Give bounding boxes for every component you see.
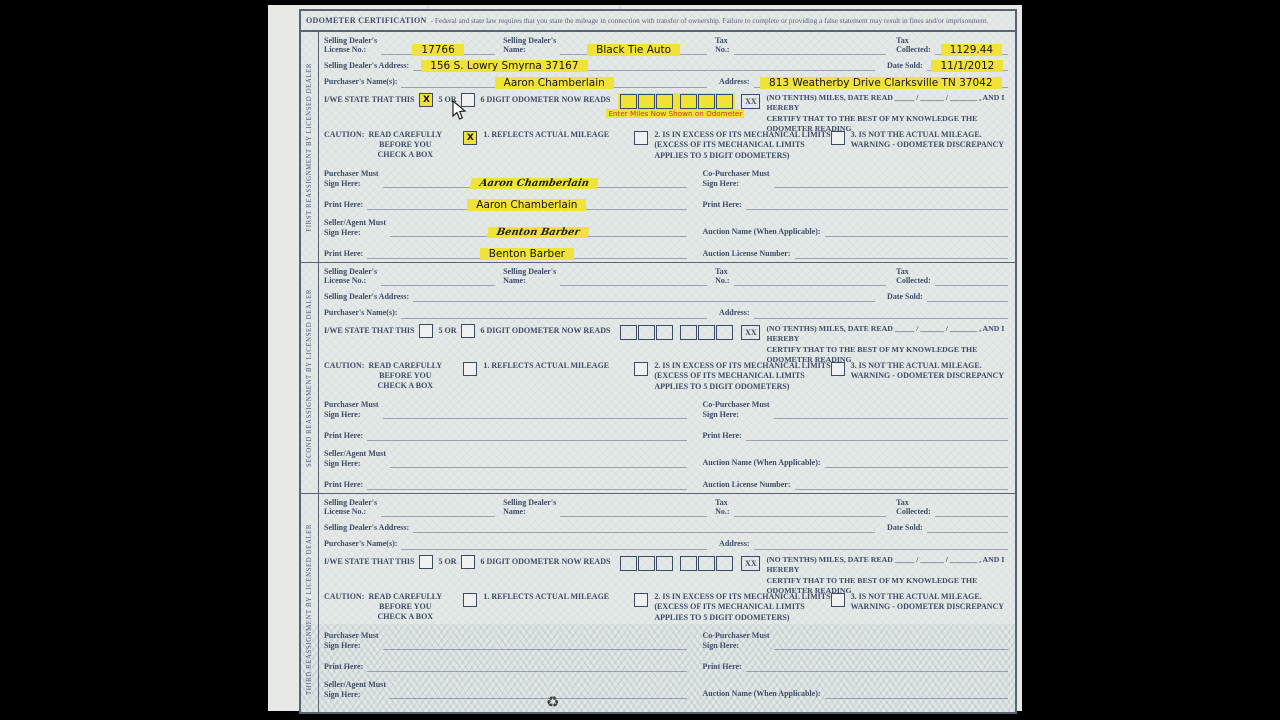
dealer-address-row: Selling Dealer's Address: Date Sold: [324,519,1008,533]
odometer-digit-box[interactable] [656,325,673,340]
odometer-digit-box[interactable] [698,556,715,571]
tax-no-label: Tax No.: [715,267,729,286]
dealer-license-line[interactable] [381,285,495,286]
print-here-label: Print Here: [324,249,363,259]
purchaser-must-sign-label: Purchaser Must Sign Here: [324,631,379,650]
section-side-strip: FIRST REASSIGNMENT BY LICENSED DEALER [301,32,319,262]
co-purchaser-print-row: Print Here: [703,653,1008,672]
purchaser-row: Purchaser's Name(s): Address: [324,535,1008,549]
caution-instructions: READ CAREFULLY BEFORE YOU CHECK A BOX [368,361,442,391]
caution-group: CAUTION: READ CAREFULLY BEFORE YOU CHECK… [324,130,463,160]
mileage-option-1: 1. REFLECTS ACTUAL MILEAGE [463,361,634,376]
section-side-strip: SECOND REASSIGNMENT BY LICENSED DEALER [301,263,319,493]
seller-sign-row: Seller/Agent Must Sign Here: Benton Barb… [324,213,687,237]
purchaser-address-line[interactable]: 813 Weatherby Drive Clarksville TN 37042 [754,75,1008,88]
tenths-xx-box: XX [741,94,760,109]
statement-prefix-label: I/WE STATE THAT THIS [324,557,414,567]
purchaser-must-sign-label: Purchaser Must Sign Here: [324,169,379,188]
mileage-option-2: 2. IS IN EXCESS OF ITS MECHANICAL LIMITS… [634,130,830,161]
signature-column-left: Purchaser Must Sign Here: Print Here: [324,395,703,493]
mechanical-limits-label: 2. IS IN EXCESS OF ITS MECHANICAL LIMITS… [654,361,830,392]
seller-print-row: Print Here: [324,702,687,714]
five-or-label: 5 OR [438,326,456,336]
statement-prefix-label: I/WE STATE THAT THIS [324,326,414,336]
tenths-xx-box: XX [741,556,760,571]
signature-column-left: Purchaser Must Sign Here: Aaron Chamberl… [324,164,703,262]
co-purchaser-print-row: Print Here: [703,191,1008,210]
dealer-license-label: Selling Dealer's License No.: [324,36,377,55]
date-sold-label: Date Sold: [887,292,923,302]
date-sold-field: Date Sold: [887,519,1008,533]
tax-collected-field: Tax Collected: [896,267,1008,286]
tax-no-field: Tax No.: [715,36,896,55]
dealer-license-label: Selling Dealer's License No.: [324,267,377,286]
signature-column-right: Co-Purchaser Must Sign Here: Print Here: [703,164,1008,262]
dealer-address-row: Selling Dealer's Address: 156 S. Lowry S… [324,57,1008,71]
odometer-digit-box[interactable] [698,325,715,340]
mileage-option-3: 3. IS NOT THE ACTUAL MILEAGE. WARNING - … [831,592,1008,613]
reassignment-section: THIRD REASSIGNMENT BY LICENSED DEALER Se… [301,494,1015,714]
actual-mileage-checkbox[interactable] [463,362,477,376]
caution-label: CAUTION: [324,130,364,160]
purchaser-name-label: Purchaser's Name(s): [324,77,397,87]
print-here-label: Print Here: [324,662,363,672]
odometer-digit-box[interactable] [680,325,697,340]
auction-name-label: Auction Name (When Applicable): [703,227,821,237]
tax-collected-label: Tax Collected: [896,267,931,286]
purchaser-address-label: Address: [719,539,750,549]
not-actual-mileage-label: 3. IS NOT THE ACTUAL MILEAGE. WARNING - … [851,130,1004,151]
mileage-option-2: 2. IS IN EXCESS OF ITS MECHANICAL LIMITS… [634,361,830,392]
dealer-address-line[interactable] [413,301,875,302]
dealer-name-line[interactable] [560,516,707,517]
mechanical-limits-label: 2. IS IN EXCESS OF ITS MECHANICAL LIMITS… [654,592,830,623]
dealer-name-field: Selling Dealer's Name: [503,267,715,286]
six-digit-label: 6 DIGIT ODOMETER NOW READS [480,557,610,567]
date-sold-field: Date Sold: 11/1/2012 [887,57,1008,71]
caution-row: CAUTION: READ CAREFULLY BEFORE YOU CHECK… [324,130,1008,161]
co-purchaser-sign-row: Co-Purchaser Must Sign Here: [703,395,1008,419]
digit-box-gap [674,325,679,340]
section-side-strip: THIRD REASSIGNMENT BY LICENSED DEALER [301,494,319,714]
odometer-boxes-wrap: Enter Miles Now Shown on Odometer [618,93,735,110]
tax-collected-line[interactable] [935,285,1008,286]
mileage-option-1: 1. REFLECTS ACTUAL MILEAGE [463,592,634,607]
dealer-name-label: Selling Dealer's Name: [503,36,556,55]
not-actual-mileage-checkbox[interactable] [831,362,845,376]
print-here-label: Print Here: [703,431,742,441]
odometer-digit-box[interactable] [620,556,637,571]
caution-row: CAUTION: READ CAREFULLY BEFORE YOU CHECK… [324,361,1008,392]
odometer-digit-box[interactable] [638,556,655,571]
mechanical-limits-label: 2. IS IN EXCESS OF ITS MECHANICAL LIMITS… [654,130,830,161]
miles-certify-text: (NO TENTHS) MILES, DATE READ _____ / ___… [766,324,1008,366]
purchaser-address-field: Address: [719,304,1008,318]
auction-license-label: Auction License Number: [703,480,791,490]
tax-no-field: Tax No.: [715,267,896,286]
purchaser-name-field: Purchaser's Name(s): [324,304,719,318]
purchaser-address-label: Address: [719,308,750,318]
odometer-digit-box[interactable] [620,94,637,109]
purchaser-name-field: Purchaser's Name(s): [324,535,719,549]
purchaser-name-line[interactable] [401,318,707,319]
odometer-boxes-wrap [618,555,735,572]
seller-signature-line[interactable] [390,467,687,468]
co-purchaser-print-row: Print Here: [703,422,1008,441]
dealer-name-line[interactable]: Black Tie Auto [560,42,707,55]
actual-mileage-checkbox[interactable] [463,593,477,607]
seller-must-sign-label: Seller/Agent Must Sign Here: [324,449,386,468]
print-here-label: Print Here: [703,200,742,210]
purchaser-address-label: Address: [719,77,750,87]
odometer-statement-row: I/WE STATE THAT THIS 5 OR 6 DIGIT ODOMET… [324,555,1008,591]
mechanical-limits-checkbox[interactable] [634,593,648,607]
purchaser-name-label: Purchaser's Name(s): [324,308,397,318]
odometer-digit-box[interactable] [656,556,673,571]
actual-mileage-label: 1. REFLECTS ACTUAL MILEAGE [483,130,609,140]
co-purchaser-sign-row: Co-Purchaser Must Sign Here: [703,626,1008,650]
dealer-license-line[interactable]: 17766 [381,42,495,55]
six-digit-checkbox[interactable] [461,93,475,107]
seller-must-sign-label: Seller/Agent Must Sign Here: [324,680,386,699]
signature-column-right: Co-Purchaser Must Sign Here: Print Here: [703,395,1008,493]
mileage-option-2: 2. IS IN EXCESS OF ITS MECHANICAL LIMITS… [634,592,830,623]
odometer-digit-box[interactable] [698,94,715,109]
dealer-address-field: Selling Dealer's Address: [324,519,887,533]
six-digit-label: 6 DIGIT ODOMETER NOW READS [480,326,610,336]
auction-license-label: Auction License Number: [703,711,791,714]
co-purchaser-signature-line[interactable] [774,187,1008,188]
odometer-digit-box[interactable] [638,94,655,109]
section-side-label: THIRD REASSIGNMENT BY LICENSED DEALER [306,524,313,695]
odometer-boxes-wrap [618,324,735,341]
co-purchaser-print-line[interactable] [746,671,1008,672]
actual-mileage-label: 1. REFLECTS ACTUAL MILEAGE [483,361,609,371]
co-purchaser-must-sign-label: Co-Purchaser Must Sign Here: [703,169,770,188]
dealer-name-line[interactable] [560,285,707,286]
not-actual-mileage-checkbox[interactable] [831,593,845,607]
print-here-label: Print Here: [703,662,742,672]
purchaser-address-line[interactable] [754,318,1008,319]
seller-print-line[interactable] [367,489,686,490]
purchaser-address-field: Address: 813 Weatherby Drive Clarksville… [719,73,1008,87]
dealer-info-row: Selling Dealer's License No.: Selling De… [324,267,1008,286]
mileage-option-3: 3. IS NOT THE ACTUAL MILEAGE. WARNING - … [831,130,1008,151]
tax-collected-line[interactable]: 1129.44 [935,42,1008,55]
signature-area: Purchaser Must Sign Here: Aaron Chamberl… [324,164,1008,262]
odometer-digit-box[interactable] [680,556,697,571]
date-sold-field: Date Sold: [887,288,1008,302]
seller-print-value[interactable]: Benton Barber [480,248,574,260]
not-actual-mileage-label: 3. IS NOT THE ACTUAL MILEAGE. WARNING - … [851,592,1004,613]
co-purchaser-signature-line[interactable] [774,649,1008,650]
dealer-name-value[interactable]: Black Tie Auto [587,44,680,56]
purchaser-must-sign-label: Purchaser Must Sign Here: [324,400,379,419]
odometer-digit-box[interactable] [716,556,733,571]
date-sold-label: Date Sold: [887,61,923,71]
actual-mileage-label: 1. REFLECTS ACTUAL MILEAGE [483,592,609,602]
purchaser-row: Purchaser's Name(s): Aaron Chamberlain A… [324,73,1008,87]
print-here-label: Print Here: [324,711,363,714]
signature-column-right: Co-Purchaser Must Sign Here: Print Here: [703,626,1008,714]
odometer-digit-box[interactable] [716,94,733,109]
co-purchaser-must-sign-label: Co-Purchaser Must Sign Here: [703,400,770,419]
purchaser-sign-row: Purchaser Must Sign Here: Aaron Chamberl… [324,164,687,188]
signature-area: Purchaser Must Sign Here: Print Here: [324,395,1008,493]
purchaser-print-row: Print Here: [324,422,687,441]
dealer-address-line[interactable]: 156 S. Lowry Smyrna 37167 [413,58,875,71]
auction-name-label: Auction Name (When Applicable): [703,689,821,699]
dealer-license-field: Selling Dealer's License No.: [324,267,503,286]
purchaser-name-line[interactable]: Aaron Chamberlain [401,75,707,88]
caution-label: CAUTION: [324,361,364,391]
auction-name-row: Auction Name (When Applicable): [703,444,1008,468]
seller-print-row: Print Here: Benton Barber [324,240,687,259]
seller-print-row: Print Here: [324,471,687,490]
form-header: ODOMETER CERTIFICATION - Federal and sta… [301,11,1015,32]
seller-signature-value[interactable]: Benton Barber [486,227,589,238]
seller-sign-row: Seller/Agent Must Sign Here: [324,444,687,468]
dealer-address-line[interactable] [413,532,875,533]
caution-group: CAUTION: READ CAREFULLY BEFORE YOU CHECK… [324,361,463,391]
dealer-name-label: Selling Dealer's Name: [503,267,556,286]
section-body: Selling Dealer's License No.: Selling De… [319,494,1015,714]
digit-box-gap [674,94,679,109]
mileage-option-3: 3. IS NOT THE ACTUAL MILEAGE. WARNING - … [831,361,1008,382]
section-body: Selling Dealer's License No.: 17766 Sell… [319,32,1015,262]
dealer-name-field: Selling Dealer's Name: Black Tie Auto [503,36,715,55]
date-sold-line[interactable]: 11/1/2012 [927,58,1008,71]
tax-no-line[interactable] [734,54,887,55]
scanned-form-page: ODOMETER CERTIFICATION - Federal and sta… [268,5,1022,711]
purchaser-signature-line[interactable] [383,649,687,650]
auction-name-line[interactable] [825,236,1008,237]
auction-name-row: Auction Name (When Applicable): [703,675,1008,699]
mechanical-limits-checkbox[interactable] [634,131,648,145]
six-digit-checkbox[interactable] [461,324,475,338]
purchaser-name-field: Purchaser's Name(s): Aaron Chamberlain [324,73,719,87]
print-here-label: Print Here: [324,480,363,490]
dealer-name-field: Selling Dealer's Name: [503,498,715,517]
odometer-digit-box[interactable] [656,94,673,109]
dealer-license-field: Selling Dealer's License No.: [324,498,503,517]
odometer-certification-form: ODOMETER CERTIFICATION - Federal and sta… [299,9,1017,714]
co-purchaser-must-sign-label: Co-Purchaser Must Sign Here: [703,631,770,650]
seller-signature-line[interactable] [390,698,687,699]
tax-no-line[interactable] [734,516,887,517]
six-digit-label: 6 DIGIT ODOMETER NOW READS [480,95,610,105]
enter-miles-note: Enter Miles Now Shown on Odometer [606,109,744,118]
caution-instructions: READ CAREFULLY BEFORE YOU CHECK A BOX [368,592,442,622]
section-side-label: FIRST REASSIGNMENT BY LICENSED DEALER [306,63,313,232]
co-purchaser-sign-row: Co-Purchaser Must Sign Here: [703,164,1008,188]
auction-name-line[interactable] [825,467,1008,468]
dealer-address-field: Selling Dealer's Address: [324,288,887,302]
dealer-name-label: Selling Dealer's Name: [503,498,556,517]
tenths-xx-box: XX [741,325,760,340]
tax-collected-field: Tax Collected: 1129.44 [896,36,1008,55]
purchaser-print-row: Print Here: Aaron Chamberlain [324,191,687,210]
odometer-digit-box[interactable] [638,325,655,340]
seller-print-line[interactable]: Benton Barber [367,246,686,259]
five-or-label: 5 OR [438,95,456,105]
date-sold-label: Date Sold: [887,523,923,533]
tax-collected-label: Tax Collected: [896,498,931,517]
purchaser-print-line[interactable] [367,671,686,672]
digit-box-gap [674,556,679,571]
seller-signature-line[interactable]: Benton Barber [390,225,687,237]
seller-sign-row: Seller/Agent Must Sign Here: [324,675,687,699]
purchaser-sign-row: Purchaser Must Sign Here: [324,626,687,650]
tax-collected-value[interactable]: 1129.44 [941,44,1002,56]
not-actual-mileage-label: 3. IS NOT THE ACTUAL MILEAGE. WARNING - … [851,361,1004,382]
form-title: ODOMETER CERTIFICATION [306,16,427,25]
dealer-address-label: Selling Dealer's Address: [324,292,409,302]
auction-license-row: Auction License Number: [703,702,1008,714]
dealer-address-label: Selling Dealer's Address: [324,523,409,533]
odometer-digit-boxes [618,555,735,572]
purchaser-name-value[interactable]: Aaron Chamberlain [495,77,614,89]
purchaser-signature-line[interactable] [383,418,687,419]
form-header-text: - Federal and state law requires that yo… [431,16,989,25]
signature-column-left: Purchaser Must Sign Here: Print Here: [324,626,703,714]
dealer-address-field: Selling Dealer's Address: 156 S. Lowry S… [324,57,887,71]
section-body: Selling Dealer's License No.: Selling De… [319,263,1015,493]
dealer-info-row: Selling Dealer's License No.: 17766 Sell… [324,36,1008,55]
reassignment-section: FIRST REASSIGNMENT BY LICENSED DEALER Se… [301,32,1015,263]
not-actual-mileage-checkbox[interactable] [831,131,845,145]
tax-no-field: Tax No.: [715,498,896,517]
auction-license-line[interactable] [795,489,1008,490]
five-digit-checkbox[interactable]: X [419,93,433,107]
date-sold-line[interactable] [927,301,1008,302]
miles-certify-text: (NO TENTHS) MILES, DATE READ _____ / ___… [766,93,1008,135]
date-sold-line[interactable] [927,532,1008,533]
dealer-license-value[interactable]: 17766 [412,44,463,56]
purchaser-address-line[interactable] [754,549,1008,550]
caution-row: CAUTION: READ CAREFULLY BEFORE YOU CHECK… [324,592,1008,623]
auction-name-line[interactable] [825,698,1008,699]
purchaser-row: Purchaser's Name(s): Address: [324,304,1008,318]
odometer-digit-box[interactable] [716,325,733,340]
auction-name-label: Auction Name (When Applicable): [703,458,821,468]
purchaser-print-line[interactable] [367,440,686,441]
tax-collected-label: Tax Collected: [896,36,931,55]
six-digit-checkbox[interactable] [461,555,475,569]
video-frame: ODOMETER CERTIFICATION - Federal and sta… [0,0,1280,720]
purchaser-print-row: Print Here: [324,653,687,672]
purchaser-signature-line[interactable]: Aaron Chamberlain [383,176,687,188]
purchaser-address-field: Address: [719,535,1008,549]
purchaser-signature-value[interactable]: Aaron Chamberlain [470,178,599,189]
odometer-digit-boxes [618,324,735,341]
miles-certify-text: (NO TENTHS) MILES, DATE READ _____ / ___… [766,555,1008,597]
tax-no-line[interactable] [734,285,887,286]
signature-area: Purchaser Must Sign Here: Print Here: [324,626,1008,714]
dealer-license-line[interactable] [381,516,495,517]
reassignment-section: SECOND REASSIGNMENT BY LICENSED DEALER S… [301,263,1015,494]
odometer-digit-box[interactable] [620,325,637,340]
caution-group: CAUTION: READ CAREFULLY BEFORE YOU CHECK… [324,592,463,622]
odometer-digit-boxes [618,93,735,110]
statement-prefix-label: I/WE STATE THAT THIS [324,95,414,105]
five-digit-checkbox[interactable] [419,324,433,338]
print-here-label: Print Here: [324,431,363,441]
dealer-address-row: Selling Dealer's Address: Date Sold: [324,288,1008,302]
tax-no-label: Tax No.: [715,498,729,517]
auction-license-label: Auction License Number: [703,249,791,259]
co-purchaser-signature-line[interactable] [774,418,1008,419]
auction-license-line[interactable] [795,258,1008,259]
caution-label: CAUTION: [324,592,364,622]
seller-must-sign-label: Seller/Agent Must Sign Here: [324,218,386,237]
dealer-license-field: Selling Dealer's License No.: 17766 [324,36,503,55]
dealer-address-label: Selling Dealer's Address: [324,61,409,71]
five-or-label: 5 OR [438,557,456,567]
co-purchaser-print-line[interactable] [746,440,1008,441]
auction-name-row: Auction Name (When Applicable): [703,213,1008,237]
purchaser-sign-row: Purchaser Must Sign Here: [324,395,687,419]
odometer-statement-row: I/WE STATE THAT THIS 5 OR 6 DIGIT ODOMET… [324,324,1008,360]
purchaser-print-line[interactable]: Aaron Chamberlain [367,197,686,210]
co-purchaser-print-line[interactable] [746,209,1008,210]
tax-collected-line[interactable] [935,516,1008,517]
caution-instructions: READ CAREFULLY BEFORE YOU CHECK A BOX [368,130,442,160]
mileage-option-1: X 1. REFLECTS ACTUAL MILEAGE [463,130,634,145]
dealer-info-row: Selling Dealer's License No.: Selling De… [324,498,1008,517]
purchaser-name-line[interactable] [401,549,707,550]
dealer-address-value[interactable]: 156 S. Lowry Smyrna 37167 [421,60,587,72]
dealer-license-label: Selling Dealer's License No.: [324,498,377,517]
tax-no-label: Tax No.: [715,36,729,55]
odometer-statement-row: I/WE STATE THAT THIS X 5 OR 6 DIGIT ODOM… [324,93,1008,129]
purchaser-print-value[interactable]: Aaron Chamberlain [467,199,586,211]
section-side-label: SECOND REASSIGNMENT BY LICENSED DEALER [306,289,313,467]
tax-collected-field: Tax Collected: [896,498,1008,517]
odometer-digit-box[interactable] [680,94,697,109]
recycle-icon: ♻ [546,696,559,711]
date-sold-value[interactable]: 11/1/2012 [931,60,1003,72]
purchaser-name-label: Purchaser's Name(s): [324,539,397,549]
print-here-label: Print Here: [324,200,363,210]
five-digit-checkbox[interactable] [419,555,433,569]
auction-license-row: Auction License Number: [703,240,1008,259]
purchaser-address-value[interactable]: 813 Weatherby Drive Clarksville TN 37042 [760,77,1001,89]
auction-license-row: Auction License Number: [703,471,1008,490]
mechanical-limits-checkbox[interactable] [634,362,648,376]
actual-mileage-checkbox[interactable]: X [463,131,477,145]
